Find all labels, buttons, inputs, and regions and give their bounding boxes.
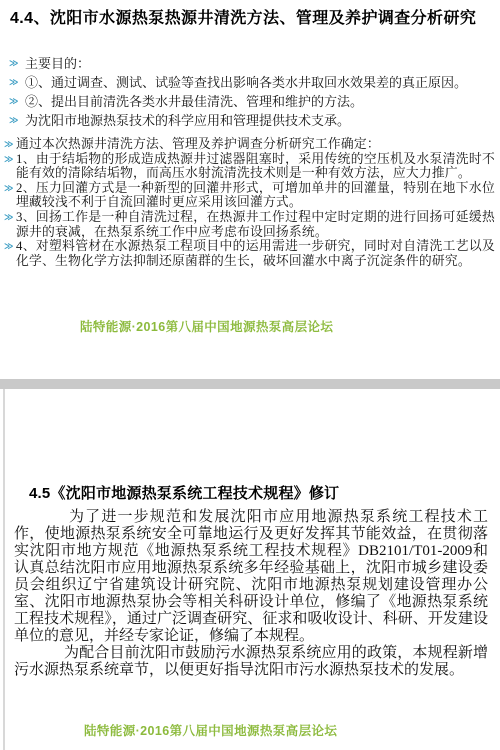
list-item: ≫ ②、提出目前清洗各类水井最佳清洗、管理和维护的方法。 [9,92,495,111]
bullet-icon: ≫ [4,211,14,226]
list-item-text: ①、通过调查、测试、试验等查找出影响各类水井取回水效果差的真正原因。 [25,75,467,90]
left-edge-line [3,389,5,750]
bullet-icon: ≫ [9,93,18,112]
forum-footer: 陆特能源·2016第八届中国地源热泵高层论坛 [84,721,337,739]
forum-footer: 陆特能源·2016第八届中国地源热泵高层论坛 [80,317,333,335]
bullet-icon: ≫ [9,112,18,131]
list-item-text: 3、回扬工作是一种自清洗过程，在热源井工作过程中定时定期的进行回扬可延缓热源井的… [16,210,495,239]
list-item: ≫ ①、通过调查、测试、试验等查找出影响各类水井取回水效果差的真正原因。 [9,73,495,92]
list-item: ≫ 主要目的： [9,54,495,73]
list-item-text: 主要目的： [25,56,90,71]
list-item: ≫ 为沈阳市地源热泵技术的科学应用和管理提供技术支承。 [9,111,495,130]
list-item-text: 通过本次热源井清洗方法、管理及养护调查分析研究工作确定： [16,137,380,151]
paragraph: 为了进一步规范和发展沈阳市应用地源热泵系统工程技术工作，使地源热泵系统安全可靠地… [14,509,488,645]
slide1-title: 4.4、沈阳市水源热泵热源井清洗方法、管理及养护调查分析研究 [10,9,495,29]
bullet-icon: ≫ [9,55,18,74]
list-item-text: 2、压力回灌方式是一种新型的回灌井形式，可增加单井的回灌量，特别在地下水位埋藏较… [16,181,495,210]
page-divider [0,379,500,389]
list-item-text: 1、由于结垢物的形成造成热源井过滤器阻塞时，采用传统的空压机及水泵清洗时不能有效… [16,152,495,181]
slide2-body: 为了进一步规范和发展沈阳市应用地源热泵系统工程技术工作，使地源热泵系统安全可靠地… [14,509,488,679]
list-item: ≫ 3、回扬工作是一种自清洗过程，在热源井工作过程中定时定期的进行回扬可延缓热源… [4,210,495,239]
slide1-findings-list: ≫ 通过本次热源井清洗方法、管理及养护调查分析研究工作确定： ≫ 1、由于结垢物… [4,137,495,268]
paragraph: 为配合目前沈阳市鼓励污水源热泵系统应用的政策，本规程新增污水源热泵系统章节，以便… [14,645,488,679]
list-item: ≫ 通过本次热源井清洗方法、管理及养护调查分析研究工作确定： [4,137,495,152]
slide1-objectives-list: ≫ 主要目的： ≫ ①、通过调查、测试、试验等查找出影响各类水井取回水效果差的真… [9,54,495,130]
slide2-title: 4.5《沈阳市地源热泵系统工程技术规程》修订 [29,484,339,503]
bullet-icon: ≫ [4,153,14,168]
list-item: ≫ 4、对塑料管材在水源热泵工程项目中的运用需进一步研究，同时对自清洗工艺以及化… [4,239,495,268]
bullet-icon: ≫ [4,240,14,255]
list-item: ≫ 2、压力回灌方式是一种新型的回灌井形式，可增加单井的回灌量，特别在地下水位埋… [4,181,495,210]
document-page: 4.4、沈阳市水源热泵热源井清洗方法、管理及养护调查分析研究 ≫ 主要目的： ≫… [0,0,500,750]
list-item-text: 为沈阳市地源热泵技术的科学应用和管理提供技术支承。 [25,113,350,128]
bullet-icon: ≫ [4,182,14,197]
bullet-icon: ≫ [4,138,14,153]
list-item: ≫ 1、由于结垢物的形成造成热源井过滤器阻塞时，采用传统的空压机及水泵清洗时不能… [4,152,495,181]
bullet-icon: ≫ [9,74,18,93]
list-item-text: ②、提出目前清洗各类水井最佳清洗、管理和维护的方法。 [25,94,363,109]
list-item-text: 4、对塑料管材在水源热泵工程项目中的运用需进一步研究，同时对自清洗工艺以及化学、… [16,239,495,268]
